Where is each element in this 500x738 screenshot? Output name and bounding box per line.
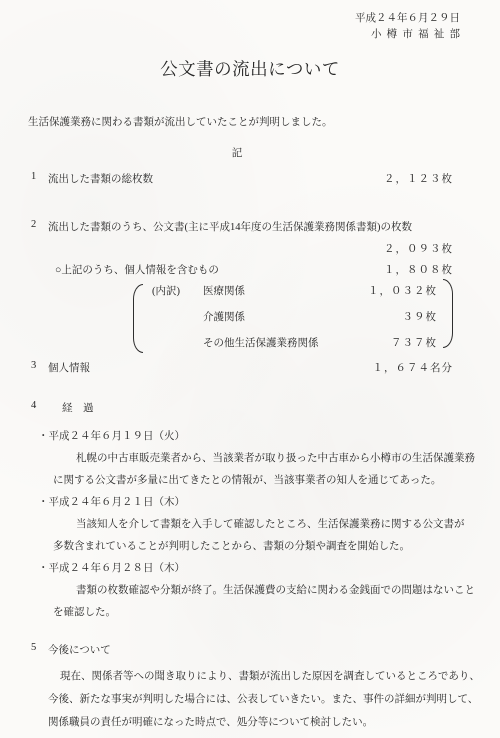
breakdown-caption: (内訳)	[152, 283, 203, 298]
item5-number: 5	[31, 642, 48, 657]
event-date: ・平成２４年６月２８日（木）	[38, 558, 480, 580]
event-date: ・平成２４年６月２１日（木）	[38, 492, 480, 514]
record-marker: 記	[0, 145, 474, 160]
department-name: 小樽市福祉部	[355, 27, 465, 43]
breakdown-value: ７３７枚	[391, 335, 437, 350]
item4-number: 4	[31, 400, 62, 415]
item5-row: 5 今後について	[31, 642, 453, 657]
conclusion-line: 関係職員の責任が明確になった時点で、処分等について検討したい。	[48, 711, 482, 734]
document-title: 公文書の流出について	[0, 56, 500, 81]
item4-label: 経 過	[62, 400, 453, 415]
breakdown-label: 介護関係	[203, 309, 403, 324]
document-header: 平成２４年６月２９日 小樽市福祉部	[355, 11, 460, 42]
item2-label: 流出した書類のうち、公文書(主に平成14年度の生活保護業務関係書類)の枚数	[48, 219, 453, 234]
item3-number: 3	[31, 360, 48, 375]
item2-row: 2 流出した書類のうち、公文書(主に平成14年度の生活保護業務関係書類)の枚数	[31, 219, 453, 234]
item2-value: ２，０９３枚	[384, 241, 453, 256]
item3-value: １，６７４名分	[373, 360, 454, 375]
issue-date: 平成２４年６月２９日	[355, 11, 460, 27]
right-bracket	[443, 279, 453, 348]
item2-number: 2	[31, 219, 48, 234]
breakdown-row: その他生活保護業務関係 ７３７枚	[152, 335, 437, 350]
item4-row: 4 経 過	[31, 400, 453, 415]
item2-sub-label: ○上記のうち、個人情報を含むもの	[55, 262, 384, 277]
item1-label: 流出した書類の総枚数	[48, 171, 384, 186]
item2-sub-row: ○上記のうち、個人情報を含むもの １，８０８枚	[55, 262, 453, 277]
item3-row: 3 個人情報 １，６７４名分	[31, 360, 453, 375]
item3-label: 個人情報	[48, 360, 373, 375]
event-text: 書類の枚数確認や分類が終了。生活保護費の支給に関わる金銭面での問題はないこと	[38, 580, 480, 602]
timeline: ・平成２４年６月１９日（火） 札幌の中古車販売業者から、当該業者が取り扱った中古…	[38, 426, 480, 624]
conclusion-paragraph: 現在、関係者等への聞き取りにより、書類が流出した原因を調査しているところであり、…	[48, 665, 482, 734]
scanned-document-page: 平成２４年６月２９日 小樽市福祉部 公文書の流出について 生活保護業務に関わる書…	[0, 0, 500, 738]
item1-value: ２，１２３枚	[384, 171, 453, 186]
event-text: 札幌の中古車販売業者から、当該業者が取り扱った中古車から小樽市の生活保護業務	[38, 448, 480, 470]
breakdown-row: 介護関係 ３９枚	[152, 309, 437, 324]
breakdown-block: (内訳) 医療関係 １，０３２枚 介護関係 ３９枚 その他生活保護業務関係 ７３…	[133, 279, 453, 355]
item1-row: 1 流出した書類の総枚数 ２，１２３枚	[31, 171, 453, 186]
breakdown-row: (内訳) 医療関係 １，０３２枚	[152, 283, 437, 298]
event-date: ・平成２４年６月１９日（火）	[38, 426, 480, 448]
breakdown-label: その他生活保護業務関係	[203, 335, 391, 350]
breakdown-value: ３９枚	[403, 309, 438, 324]
breakdown-label: 医療関係	[203, 283, 368, 298]
event-text: に関する公文書が多量に出てきたとの情報が、当該事業者の知人を通じてあった。	[38, 470, 480, 492]
conclusion-line: 現在、関係者等への聞き取りにより、書類が流出した原因を調査しているところであり、	[48, 665, 482, 688]
event-text: を確認した。	[38, 602, 480, 624]
event-text: 多数含まれていることが判明したことから、書類の分類や調査を開始した。	[38, 536, 480, 558]
item5-label: 今後について	[48, 642, 453, 657]
breakdown-value: １，０３２枚	[368, 283, 437, 298]
left-bracket	[133, 284, 143, 353]
intro-text: 生活保護業務に関わる書類が流出していたことが判明しました。	[28, 114, 333, 129]
item2-sub-value: １，８０８枚	[384, 262, 453, 277]
item1-number: 1	[31, 171, 48, 186]
event-text: 当該知人を介して書類を入手して確認したところ、生活保護業務に関する公文書が	[38, 514, 480, 536]
conclusion-line: 今後、新たな事実が判明した場合には、公表していきたい。また、事件の詳細が判明して…	[48, 688, 482, 711]
